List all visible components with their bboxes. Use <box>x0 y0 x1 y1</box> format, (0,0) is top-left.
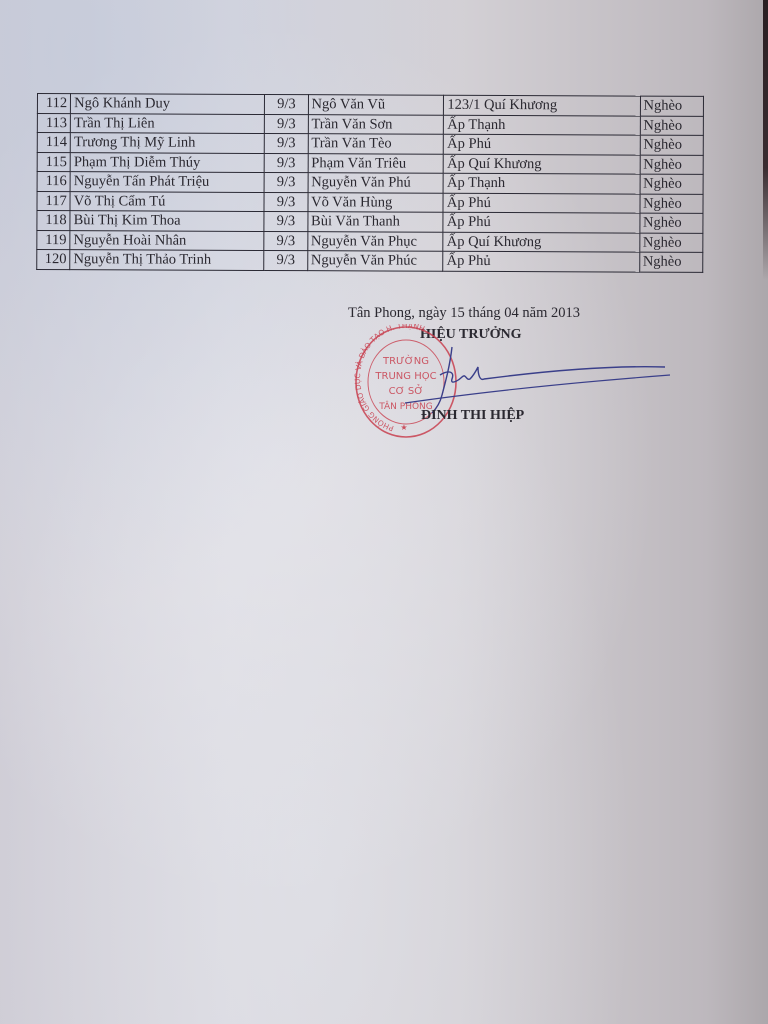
cell-address: Ấp Phú <box>444 134 640 154</box>
cell-status: Nghèo <box>640 96 704 116</box>
cell-number: 117 <box>37 191 70 211</box>
cell-status: Nghèo <box>640 194 704 214</box>
table-body: 112Ngô Khánh Duy9/3Ngô Văn Vũ123/1 Quí K… <box>37 94 704 272</box>
place-date-line: Tân Phong, ngày 15 tháng 04 năm 2013 <box>348 305 580 322</box>
table-row: 116Nguyễn Tấn Phát Triệu9/3Nguyễn Văn Ph… <box>37 172 703 194</box>
cell-student-name: Nguyễn Tấn Phát Triệu <box>70 172 264 192</box>
cell-address: 123/1 Quí Khương <box>444 95 640 115</box>
cell-status: Nghèo <box>640 155 704 175</box>
svg-text:★: ★ <box>400 423 407 432</box>
cell-parent-name: Trần Văn Sơn <box>308 114 444 134</box>
cell-number: 116 <box>37 172 70 192</box>
cell-number: 118 <box>37 211 70 231</box>
cell-class: 9/3 <box>264 211 307 231</box>
cell-student-name: Trương Thị Mỹ Linh <box>70 133 264 153</box>
cell-address: Ấp Thạnh <box>444 115 640 135</box>
cell-parent-name: Phạm Văn Triêu <box>308 153 444 173</box>
cell-student-name: Ngô Khánh Duy <box>71 94 265 114</box>
students-table: 112Ngô Khánh Duy9/3Ngô Văn Vũ123/1 Quí K… <box>36 93 704 272</box>
cell-student-name: Phạm Thị Diễm Thúy <box>70 152 264 172</box>
cell-class: 9/3 <box>264 250 307 270</box>
table-row: 120Nguyễn Thị Thảo Trinh9/3Nguyễn Văn Ph… <box>37 250 703 272</box>
cell-parent-name: Võ Văn Hùng <box>308 192 444 212</box>
cell-number: 112 <box>37 94 70 114</box>
cell-student-name: Trần Thị Liên <box>71 113 265 133</box>
cell-parent-name: Trần Văn Tèo <box>308 134 444 154</box>
cell-parent-name: Nguyễn Văn Phúc <box>307 251 443 271</box>
cell-address: Ấp Phú <box>443 193 639 213</box>
cell-number: 113 <box>37 113 70 133</box>
cell-address: Ấp Phú <box>443 212 639 232</box>
page-edge-shadow <box>763 0 768 280</box>
table-row: 113Trần Thị Liên9/3Trần Văn SơnẤp ThạnhN… <box>37 113 703 135</box>
cell-status: Nghèo <box>640 174 704 194</box>
signer-name: ĐINH THI HIỆP <box>421 408 524 424</box>
cell-parent-name: Nguyễn Văn Phục <box>307 231 443 251</box>
cell-number: 120 <box>37 250 70 270</box>
cell-class: 9/3 <box>264 153 307 173</box>
cell-status: Nghèo <box>639 233 703 253</box>
cell-parent-name: Bùi Văn Thanh <box>307 212 443 232</box>
cell-status: Nghèo <box>640 135 704 155</box>
cell-number: 114 <box>37 133 70 153</box>
cell-address: Ấp Phủ <box>443 251 639 271</box>
table-row: 119Nguyễn Hoài Nhân9/3Nguyễn Văn PhụcẤp … <box>37 230 703 252</box>
cell-student-name: Nguyễn Thị Thảo Trinh <box>70 250 264 270</box>
cell-number: 119 <box>37 230 70 250</box>
table-row: 118Bùi Thị Kim Thoa9/3Bùi Văn ThanhẤp Ph… <box>37 211 703 233</box>
paper-page: 112Ngô Khánh Duy9/3Ngô Văn Vũ123/1 Quí K… <box>0 0 768 1024</box>
cell-class: 9/3 <box>265 114 308 134</box>
cell-number: 115 <box>37 152 70 172</box>
table-row: 115Phạm Thị Diễm Thúy9/3Phạm Văn TriêuẤp… <box>37 152 703 174</box>
cell-class: 9/3 <box>264 192 307 212</box>
table-row: 117Võ Thị Cẩm Tú9/3Võ Văn HùngẤp PhúNghè… <box>37 191 703 213</box>
table-row: 114Trương Thị Mỹ Linh9/3Trần Văn TèoẤp P… <box>37 133 703 155</box>
cell-class: 9/3 <box>264 231 307 251</box>
cell-parent-name: Nguyễn Văn Phú <box>308 173 444 193</box>
cell-class: 9/3 <box>264 172 307 192</box>
cell-status: Nghèo <box>639 252 703 272</box>
cell-address: Ấp Quí Khương <box>444 154 640 174</box>
cell-student-name: Võ Thị Cẩm Tú <box>70 191 264 211</box>
cell-status: Nghèo <box>640 116 704 136</box>
cell-address: Ấp Thạnh <box>443 173 639 193</box>
table-row: 112Ngô Khánh Duy9/3Ngô Văn Vũ123/1 Quí K… <box>37 94 703 116</box>
cell-parent-name: Ngô Văn Vũ <box>308 95 444 115</box>
cell-status: Nghèo <box>639 213 703 233</box>
signature-block: Tân Phong, ngày 15 tháng 04 năm 2013 HIỆ… <box>340 305 640 455</box>
cell-student-name: Bùi Thị Kim Thoa <box>70 211 264 231</box>
cell-class: 9/3 <box>265 94 308 114</box>
cell-address: Ấp Quí Khương <box>443 232 639 252</box>
cell-class: 9/3 <box>265 133 308 153</box>
cell-student-name: Nguyễn Hoài Nhân <box>70 230 264 250</box>
handwritten-signature-icon <box>400 345 680 415</box>
